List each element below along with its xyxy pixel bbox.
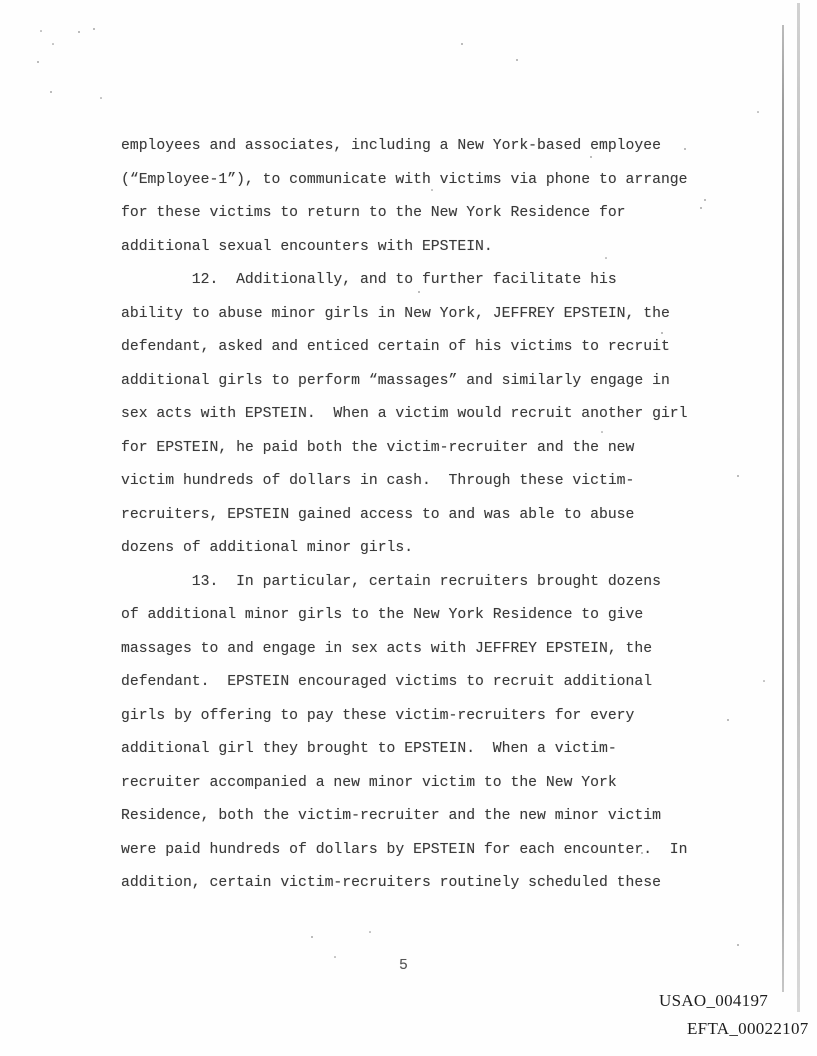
scan-speck: [52, 43, 54, 45]
scan-speck: [369, 931, 371, 933]
text-line: for these victims to return to the New Y…: [121, 197, 721, 231]
text-line: defendant, asked and enticed certain of …: [121, 331, 721, 365]
text-line: defendant. EPSTEIN encouraged victims to…: [121, 666, 721, 700]
scan-speck: [311, 936, 313, 938]
text-line: recruiters, EPSTEIN gained access to and…: [121, 499, 721, 533]
scan-speck: [757, 111, 759, 113]
text-line: girls by offering to pay these victim-re…: [121, 700, 721, 734]
text-line: for EPSTEIN, he paid both the victim-rec…: [121, 432, 721, 466]
text-line: Residence, both the victim-recruiter and…: [121, 800, 721, 834]
text-line: 13. In particular, certain recruiters br…: [121, 566, 721, 600]
scan-artifact-line-inner: [782, 25, 784, 992]
bates-number-efta: EFTA_00022107: [687, 1019, 809, 1039]
text-line: (“Employee-1”), to communicate with vict…: [121, 164, 721, 198]
scan-speck: [93, 28, 95, 30]
text-line: dozens of additional minor girls.: [121, 532, 721, 566]
page-number: 5: [399, 958, 408, 974]
text-line: of additional minor girls to the New Yor…: [121, 599, 721, 633]
text-line: ability to abuse minor girls in New York…: [121, 298, 721, 332]
scan-speck: [763, 680, 765, 682]
text-line: 12. Additionally, and to further facilit…: [121, 264, 721, 298]
text-line: addition, certain victim-recruiters rout…: [121, 867, 721, 901]
scan-speck: [737, 944, 739, 946]
text-line: additional sexual encounters with EPSTEI…: [121, 231, 721, 265]
scan-speck: [100, 97, 102, 99]
bates-number-usao: USAO_004197: [659, 991, 768, 1011]
scan-speck: [727, 719, 729, 721]
scan-speck: [461, 43, 463, 45]
text-line: were paid hundreds of dollars by EPSTEIN…: [121, 834, 721, 868]
text-line: employees and associates, including a Ne…: [121, 130, 721, 164]
text-line: victim hundreds of dollars in cash. Thro…: [121, 465, 721, 499]
text-line: sex acts with EPSTEIN. When a victim wou…: [121, 398, 721, 432]
scan-artifact-line-outer: [797, 3, 800, 1012]
scan-speck: [78, 31, 80, 33]
text-line: additional girl they brought to EPSTEIN.…: [121, 733, 721, 767]
scan-speck: [50, 91, 52, 93]
document-page: employees and associates, including a Ne…: [0, 0, 817, 1056]
scan-speck: [334, 956, 336, 958]
scan-speck: [40, 30, 42, 32]
text-line: massages to and engage in sex acts with …: [121, 633, 721, 667]
scan-speck: [37, 61, 39, 63]
text-line: recruiter accompanied a new minor victim…: [121, 767, 721, 801]
text-line: additional girls to perform “massages” a…: [121, 365, 721, 399]
scan-speck: [737, 475, 739, 477]
document-text: employees and associates, including a Ne…: [121, 130, 721, 901]
scan-speck: [516, 59, 518, 61]
